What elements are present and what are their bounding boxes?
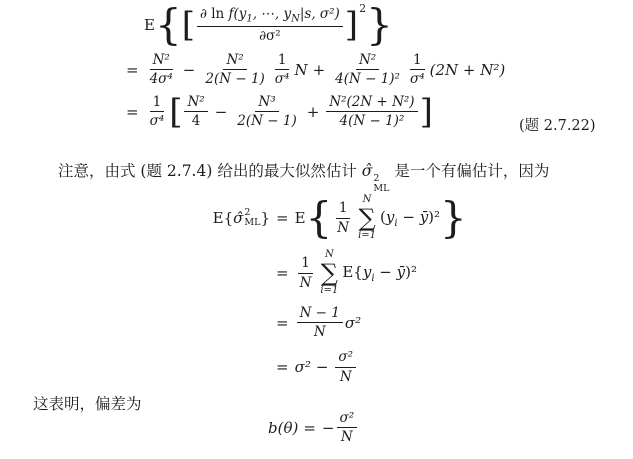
summation: N ∑ i=1 — [358, 195, 376, 241]
sigma-sum-icon: ∑ — [358, 206, 375, 230]
plus-sign: + — [313, 61, 326, 79]
equation-tag: (题 2.7.22) — [519, 114, 596, 135]
paragraph-text-pre: 注意，由式 (题 2.7.4) 给出的最大似然估计 — [58, 162, 362, 180]
sigma-hat-supsub: 2ML — [373, 174, 389, 195]
right-brace: } — [440, 198, 467, 238]
paragraph-note: 注意，由式 (题 2.7.4) 给出的最大似然估计 σ̂2ML 是一个有偏估计，… — [0, 161, 633, 195]
equals-sign: = — [276, 209, 289, 227]
fraction: N² 4σ⁴ — [147, 52, 176, 87]
equals-sign: = — [126, 103, 139, 121]
fraction: N³ 2(N − 1) — [234, 94, 299, 129]
left-bracket: [ — [169, 96, 182, 128]
fraction: 1 σ⁴ — [272, 52, 293, 87]
expectation-operator: E — [144, 16, 155, 34]
equation-bias: b(θ) = − σ² N — [268, 410, 359, 445]
left-brace: { — [306, 198, 333, 238]
fraction-denominator: ∂σ² — [256, 27, 284, 44]
term-2N-plus-N2: (2N + N²) — [430, 61, 506, 79]
fraction-loglikelihood-derivative: ∂ ln f(y1, ⋯, yN|s, σ²) ∂σ² — [197, 6, 343, 45]
eq1-line-3: = 1 σ⁴ [ N² 4 − N³ 2(N − 1) + N²(2N + N²… — [126, 94, 505, 129]
right-bracket: ] — [345, 9, 358, 41]
minus-sign: − — [322, 419, 335, 437]
sigma-squared: σ² — [295, 358, 311, 376]
fraction-sigma2-over-N: σ² N — [335, 349, 356, 384]
plus-sign: + — [307, 103, 320, 121]
sigma-squared: σ² — [345, 314, 361, 332]
eq1-line-1: E { [ ∂ ln f(y1, ⋯, yN|s, σ²) ∂σ² ] 2 } — [144, 5, 505, 45]
fraction: N² 2(N − 1) — [202, 52, 267, 87]
fraction-N-minus-1-over-N: N − 1 N — [297, 305, 343, 340]
fraction-sigma2-over-N: σ² N — [337, 410, 358, 445]
equals-sign: = — [276, 358, 289, 376]
fraction: 1 σ⁴ — [147, 94, 168, 129]
eq2-line-4: = σ² − σ² N — [212, 349, 467, 384]
equals-sign: = — [276, 264, 289, 282]
left-bracket: [ — [182, 9, 195, 41]
outer-exponent: 2 — [359, 2, 366, 15]
variable-N: N — [294, 61, 307, 79]
bias-function-lhs: b(θ) — [268, 419, 298, 437]
left-brace: { — [155, 5, 182, 45]
lhs-expectation-sigma-ml: E{σ̂2ML} — [212, 208, 270, 229]
fraction-numerator: ∂ ln f(y1, ⋯, yN|s, σ²) — [197, 6, 343, 28]
paragraph-bias-intro: 这表明，偏差为 — [33, 392, 142, 414]
fraction: N² 4(N − 1)² — [332, 52, 403, 87]
sigma-hat-symbol: σ̂ — [362, 162, 373, 180]
minus-sign: − — [215, 103, 228, 121]
eq2-line-3: = N − 1 N σ² — [212, 305, 467, 340]
equals-sign: = — [276, 314, 289, 332]
equation-block-expectation: E{σ̂2ML} = E { 1 N N ∑ i=1 (yi − ȳ)² } =… — [212, 195, 467, 394]
sigma-sum-icon: ∑ — [321, 261, 338, 285]
expectation-deviation-term: E{yi − ȳ)² — [342, 263, 417, 284]
expectation-operator: E — [295, 209, 306, 227]
squared-deviation-term: (yi − ȳ)² — [380, 208, 440, 229]
right-bracket: ] — [420, 96, 433, 128]
fraction-one-over-N: 1 N — [334, 200, 352, 235]
fraction: N²(2N + N²) 4(N − 1)² — [326, 94, 417, 129]
minus-sign: − — [316, 358, 329, 376]
sigma-hat-supsub: 2ML — [244, 208, 260, 229]
paragraph-text-post: 是一个有偏估计，因为 — [389, 162, 549, 180]
fraction: 1 σ⁴ — [407, 52, 428, 87]
right-brace: } — [366, 5, 393, 45]
eq1-line-2: = N² 4σ⁴ − N² 2(N − 1) 1 σ⁴ N + N² 4(N −… — [126, 52, 505, 87]
eq2-line-1: E{σ̂2ML} = E { 1 N N ∑ i=1 (yi − ȳ)² } — [212, 195, 467, 241]
minus-sign: − — [183, 61, 196, 79]
eq2-line-2: = 1 N N ∑ i=1 E{yi − ȳ)² — [212, 250, 467, 296]
summation: N ∑ i=1 — [320, 250, 338, 296]
equals-sign: = — [303, 419, 316, 437]
fraction: N² 4 — [184, 94, 207, 129]
fraction-one-over-N: 1 N — [297, 255, 315, 290]
equation-block-fisher-information: E { [ ∂ ln f(y1, ⋯, yN|s, σ²) ∂σ² ] 2 } … — [126, 5, 505, 137]
book-page: { "page": { "background": "#ffffff", "in… — [0, 0, 633, 459]
equals-sign: = — [126, 61, 139, 79]
